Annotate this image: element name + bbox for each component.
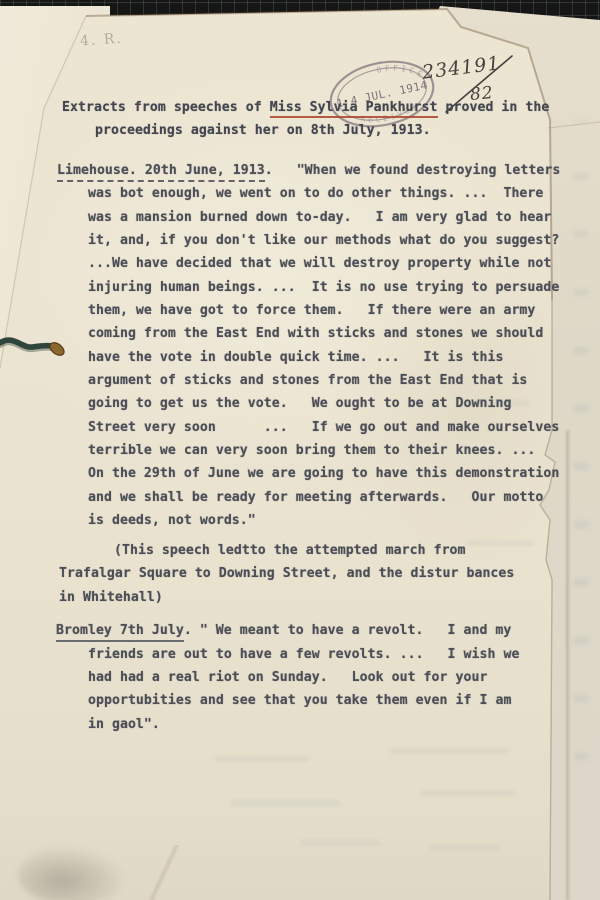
- bromley-line-4: opportubities and see that you take them…: [88, 693, 511, 708]
- bleed-through-mark: [420, 790, 515, 796]
- bleed-through-mark: [300, 840, 380, 846]
- limehouse-line-16: is deeds, not words.": [88, 513, 256, 528]
- limehouse-line-6: injuring human beings. ... It is no use …: [88, 280, 559, 295]
- limehouse-line-3: was a mansion burned down to-day. I am v…: [88, 210, 551, 225]
- limehouse-line-11: going to get us the vote. We ought to be…: [88, 396, 511, 411]
- limehouse-line-8: coming from the East End with sticks and…: [88, 326, 543, 341]
- limehouse-line-1: Limehouse. 20th June, 1913. "When we fou…: [57, 163, 560, 178]
- limehouse-label: Limehouse. 20th June, 1913: [57, 163, 265, 182]
- title-pre: Extracts from speeches of: [62, 100, 270, 115]
- bleed-through-column: [574, 120, 588, 760]
- bleed-through-mark: [215, 756, 310, 762]
- limehouse-line-15: and we shall be ready for meeting afterw…: [88, 490, 543, 505]
- paper-edge-shadow: [566, 430, 569, 900]
- bleed-through-mark: [465, 540, 535, 546]
- limehouse-line-9: have the vote in double quick time. ... …: [88, 350, 503, 365]
- title-name-red-underlined: Miss Sylvia Pankhurst: [270, 100, 438, 118]
- bottom-left-smudge: [18, 845, 128, 900]
- bromley-first-rest: . " We meant to have a revolt. I and my: [184, 623, 512, 638]
- document-scan: 4. R. OFFICE RECEIVED 1 4 JUL. 1914 2341…: [0, 0, 600, 900]
- bleed-through-mark: [430, 845, 500, 851]
- title-post: proved in the: [438, 100, 550, 115]
- limehouse-line-10: argument of sticks and stones from the E…: [88, 373, 527, 388]
- bleed-through-mark: [470, 400, 530, 406]
- bleed-through-mark: [230, 800, 340, 806]
- limehouse-line-4: it, and, if you don't like our methods w…: [88, 233, 559, 248]
- bromley-line-2: friends are out to have a few revolts. .…: [88, 647, 519, 662]
- limehouse-line-14: On the 29th of June we are going to have…: [88, 466, 559, 481]
- limehouse-first-rest: . "When we found destroying letters: [265, 163, 561, 178]
- note-line-1: (This speech ledtto the attempted march …: [114, 543, 466, 558]
- limehouse-line-7: them, we have got to force them. If ther…: [88, 303, 535, 318]
- limehouse-line-13: terrible we can very soon bring them to …: [88, 443, 535, 458]
- bromley-label: Bromley 7th July: [56, 623, 184, 642]
- bottom-crease: [120, 845, 210, 900]
- title-line-1: Extracts from speeches of Miss Sylvia Pa…: [62, 100, 549, 115]
- title-line-2: proceedings against her on 8th July, 191…: [95, 123, 431, 138]
- note-line-3: in Whitehall): [59, 590, 163, 605]
- bromley-line-3: had had a real riot on Sunday. Look out …: [88, 670, 487, 685]
- bleed-through-mark: [390, 748, 510, 754]
- treasury-tag-string: [0, 318, 90, 378]
- bromley-line-5: in gaol".: [88, 717, 160, 732]
- limehouse-line-2: was bot enough, we went on to do other t…: [88, 186, 543, 201]
- limehouse-line-5: ...We have decided that we will destroy …: [88, 256, 551, 271]
- limehouse-line-12: Street very soon ... If we go out and ma…: [88, 420, 559, 435]
- bromley-line-1: Bromley 7th July. " We meant to have a r…: [56, 623, 511, 638]
- note-line-2: Trafalgar Square to Downing Street, and …: [59, 566, 514, 581]
